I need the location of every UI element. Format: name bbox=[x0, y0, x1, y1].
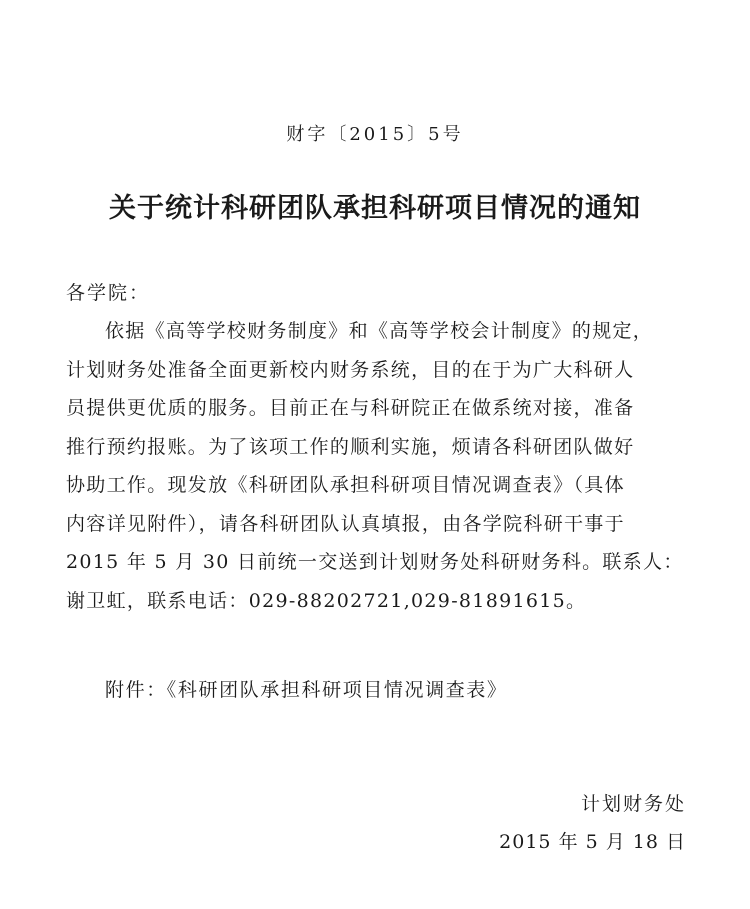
document-title: 关于统计科研团队承担科研项目情况的通知 bbox=[0, 186, 750, 225]
body-line: 协助工作。现发放《科研团队承担科研项目情况调查表》（具体 bbox=[66, 466, 686, 505]
body-line: 计划财务处准备全面更新校内财务系统，目的在于为广大科研人 bbox=[66, 351, 686, 390]
body-line: 内容详见附件），请各科研团队认真填报，由各学院科研干事于 bbox=[66, 505, 686, 544]
body-line: 依据《高等学校财务制度》和《高等学校会计制度》的规定， bbox=[66, 312, 686, 351]
body-line: 2015 年 5 月 30 日前统一交送到计划财务处科研财务科。联系人： bbox=[66, 543, 686, 582]
document-number: 财字〔2015〕5号 bbox=[0, 120, 750, 146]
signature: 计划财务处 bbox=[581, 789, 686, 816]
body-line: 员提供更优质的服务。目前正在与科研院正在做系统对接，准备 bbox=[66, 389, 686, 428]
body-line: 推行预约报账。为了该项工作的顺利实施，烦请各科研团队做好 bbox=[66, 428, 686, 467]
salutation: 各学院： bbox=[66, 278, 150, 305]
attachment-note: 附件：《科研团队承担科研项目情况调查表》 bbox=[105, 675, 508, 702]
document-date: 2015 年 5 月 18 日 bbox=[499, 827, 686, 854]
body-line: 谢卫虹，联系电话：029-88202721,029-81891615。 bbox=[66, 582, 686, 621]
body-paragraph: 依据《高等学校财务制度》和《高等学校会计制度》的规定， 计划财务处准备全面更新校… bbox=[66, 312, 686, 620]
